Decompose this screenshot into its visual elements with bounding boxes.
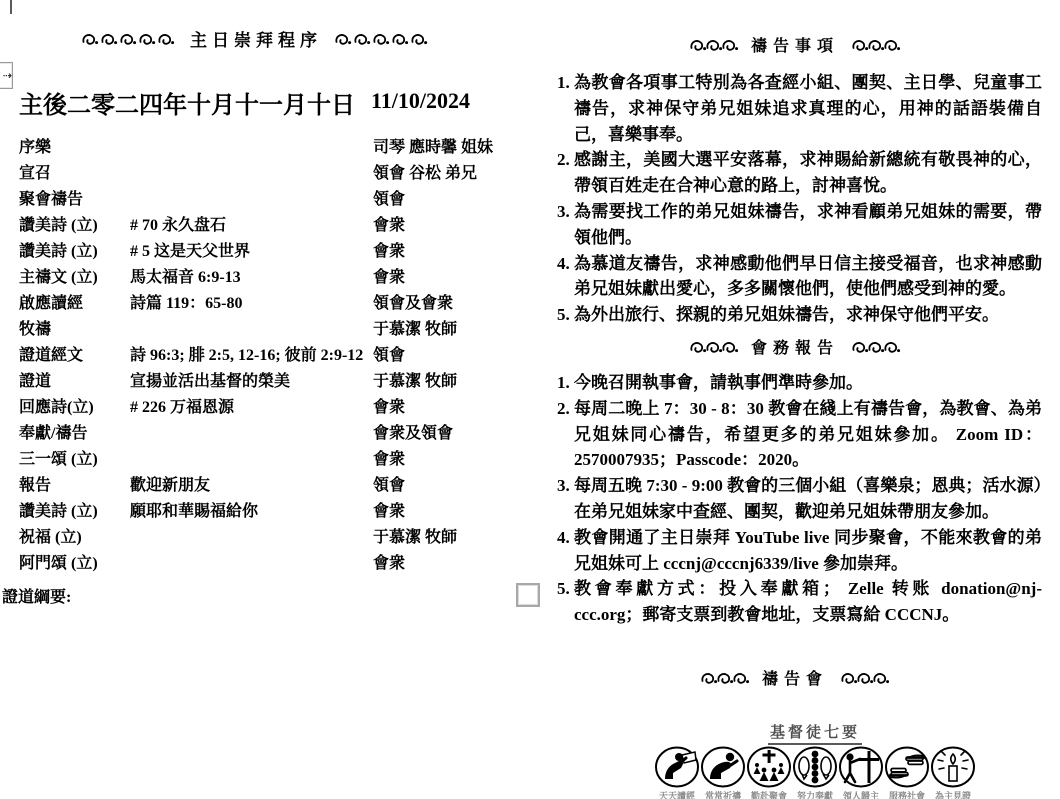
witness-icon [930, 746, 976, 788]
section-title: 禱告事項 [751, 33, 839, 56]
worship-item: 讚美詩 (立) [19, 502, 98, 522]
worship-who: 領會 [373, 190, 405, 210]
worship-row: 祝福 (立)于慕潔 牧師 [19, 528, 529, 550]
worship-item: 阿門頌 (立) [19, 554, 98, 574]
worship-who: 領會 [373, 346, 405, 366]
worship-item: 牧禱 [19, 320, 51, 340]
text-caret [10, 0, 12, 14]
worship-detail: 宣揚並活出基督的榮美 [130, 372, 290, 392]
move-handle-icon: ⇢ [0, 62, 13, 89]
announcement-item: 每周五晚 7:30 - 9:00 教會的三個小組（喜樂泉；恩典；活水源）在弟兄姐… [574, 473, 1042, 525]
worship-row: 序樂司琴 應時馨 姐妹 [19, 138, 529, 160]
worship-row: 讚美詩 (立)# 5 这是天父世界會衆 [19, 242, 529, 264]
empty-checkbox[interactable] [516, 583, 540, 607]
worship-row: 證道宣揚並活出基督的榮美于慕潔 牧師 [19, 372, 529, 394]
offering-icon [792, 746, 838, 788]
section-title: 禱告會 [762, 666, 828, 689]
worship-who: 會衆 [373, 398, 405, 418]
worship-detail: 詩 96:3; 腓 2:5, 12-16; 彼前 2:9-12 [130, 346, 363, 366]
prayer-meeting-heading: 禱告會 [548, 666, 1042, 689]
worship-item: 報告 [19, 476, 51, 496]
essential-item: 服務社會 [884, 746, 930, 799]
prayer-item: 感謝主，美國大選平安落幕，求神賜給新總統有敬畏神的心，帶領百姓走在合神心意的路上… [574, 147, 1042, 199]
worship-item: 讚美詩 (立) [19, 216, 98, 236]
seven-essentials-title: 基督徒七要 [768, 721, 862, 745]
worship-who: 司琴 應時馨 姐妹 [373, 138, 493, 158]
worship-detail: # 226 万福恩源 [130, 398, 234, 418]
seven-essentials-icons: 天天讀經 常常祈禱 [568, 746, 1060, 799]
worship-item: 啟應讀經 [19, 294, 83, 314]
serve-society-icon [884, 746, 930, 788]
worship-item: 聚會禱告 [19, 190, 83, 210]
worship-row: 報告歡迎新朋友領會 [19, 476, 529, 498]
worship-item: 三一頌 (立) [19, 450, 98, 470]
prayer-item: 為外出旅行、探親的弟兄姐妹禱告，求神保守他們平安。 [574, 302, 1042, 328]
prayer-item: 為需要找工作的弟兄姐妹禱告，求神看顧弟兄姐妹的需要，帶領他們。 [574, 199, 1042, 251]
lead-to-lord-icon [838, 746, 884, 788]
swirl-ornament [841, 671, 889, 685]
essential-label: 勤赴聚會 [751, 789, 787, 799]
worship-detail: 願耶和華賜福給你 [130, 502, 258, 522]
worship-who: 于慕潔 牧師 [373, 320, 457, 340]
prayer-item: 為教會各項事工特別為各查經小組、團契、主日學、兒童事工禱告，求神保守弟兄姐妹追求… [574, 70, 1042, 147]
bulletin-page: ⇢ 主日崇拜程序 主後二零二四年十月十一月十日 11/10/2024 序樂司琴 … [0, 0, 1060, 799]
essential-item: 天天讀經 [654, 746, 700, 799]
essential-item: 常常祈禱 [700, 746, 746, 799]
swirl-ornament [690, 340, 738, 354]
worship-title-row: 主日崇拜程序 [22, 26, 490, 51]
section-title: 會務報告 [751, 335, 839, 358]
date-numeric: 11/10/2024 [371, 88, 470, 114]
worship-detail: 馬太福音 6:9-13 [130, 268, 241, 288]
sermon-outline-label: 證道綱要: [2, 584, 71, 607]
worship-row: 讚美詩 (立)# 70 永久盘石會衆 [19, 216, 529, 238]
prayer-items-list: 為教會各項事工特別為各查經小組、團契、主日學、兒童事工禱告，求神保守弟兄姐妹追求… [548, 70, 1042, 328]
swirl-ornament [335, 32, 430, 46]
essential-item: 為主見證 [930, 746, 976, 799]
worship-row: 三一頌 (立)會衆 [19, 450, 529, 472]
essential-label: 為主見證 [935, 789, 971, 799]
worship-who: 會衆 [373, 554, 405, 574]
worship-who: 會衆 [373, 268, 405, 288]
essential-item: 勤赴聚會 [746, 746, 792, 799]
prayer-items-heading: 禱告事項 [548, 33, 1042, 56]
pray-icon [700, 746, 746, 788]
worship-who: 領會 谷松 弟兄 [373, 164, 477, 184]
worship-row: 回應詩(立)# 226 万福恩源會衆 [19, 398, 529, 420]
worship-item: 祝福 (立) [19, 528, 82, 548]
swirl-ornament [701, 671, 749, 685]
worship-who: 會衆 [373, 502, 405, 522]
worship-detail: 歡迎新朋友 [130, 476, 210, 496]
worship-item: 回應詩(立) [19, 398, 94, 418]
essential-label: 服務社會 [889, 789, 925, 799]
announcement-item: 教會奉獻方式：投入奉獻箱； Zelle 转账 donation@nj-ccc.o… [574, 576, 1042, 628]
prayer-item: 為慕道友禱告，求神感動他們早日信主接受福音，也求神感動弟兄姐妹獻出愛心，多多關懷… [574, 251, 1042, 303]
worship-who: 會衆及領會 [373, 424, 453, 444]
announcement-item: 教會開通了主日崇拜 YouTube live 同步聚會，不能來教會的弟兄姐妹可上… [574, 525, 1042, 577]
essential-label: 天天讀經 [659, 789, 695, 799]
worship-who: 于慕潔 牧師 [373, 528, 457, 548]
seven-essentials-block: 基督徒七要 天天讀經 常常祈禱 [568, 721, 1060, 799]
worship-item: 序樂 [19, 138, 51, 158]
worship-who: 會衆 [373, 216, 405, 236]
essential-item: 領人歸主 [838, 746, 884, 799]
worship-item: 奉獻/禱告 [19, 424, 87, 444]
swirl-ornament [852, 340, 900, 354]
worship-who: 于慕潔 牧師 [373, 372, 457, 392]
worship-item: 主禱文 (立) [19, 268, 98, 288]
swirl-ornament [82, 32, 177, 46]
worship-row: 聚會禱告領會 [19, 190, 529, 212]
worship-item: 證道 [19, 372, 51, 392]
worship-order-list: 序樂司琴 應時馨 姐妹 宣召領會 谷松 弟兄 聚會禱告領會 讚美詩 (立)# 7… [19, 138, 529, 578]
worship-row: 啟應讀經詩篇 119：65-80領會及會衆 [19, 294, 529, 316]
page-title: 主日崇拜程序 [190, 26, 322, 51]
essential-item: 努力奉獻 [792, 746, 838, 799]
worship-who: 會衆 [373, 450, 405, 470]
worship-item: 宣召 [19, 164, 51, 184]
worship-item: 讚美詩 (立) [19, 242, 98, 262]
essential-label: 領人歸主 [843, 789, 879, 799]
worship-row: 奉獻/禱告會衆及領會 [19, 424, 529, 446]
worship-row: 宣召領會 谷松 弟兄 [19, 164, 529, 186]
date-chinese: 主後二零二四年十月十一月十日 [19, 85, 355, 120]
swirl-ornament [852, 38, 900, 52]
announcement-item: 今晚召開執事會，請執事們準時參加。 [574, 370, 1042, 396]
worship-row: 阿門頌 (立)會衆 [19, 554, 529, 576]
worship-who: 領會及會衆 [373, 294, 453, 314]
worship-row: 證道經文詩 96:3; 腓 2:5, 12-16; 彼前 2:9-12領會 [19, 346, 529, 368]
worship-detail: # 5 这是天父世界 [130, 242, 250, 262]
essential-label: 努力奉獻 [797, 789, 833, 799]
announcements-list: 今晚召開執事會，請執事們準時參加。 每周二晚上 7：30 - 8：30 教會在綫… [548, 370, 1042, 628]
announcement-item: 每周二晚上 7：30 - 8：30 教會在綫上有禱告會，為教會、為弟兄姐妹同心禱… [574, 396, 1042, 473]
swirl-ornament [690, 38, 738, 52]
worship-detail: 詩篇 119：65-80 [130, 294, 242, 314]
worship-row: 主禱文 (立)馬太福音 6:9-13會衆 [19, 268, 529, 290]
worship-detail: # 70 永久盘石 [130, 216, 226, 236]
worship-who: 會衆 [373, 242, 405, 262]
attend-meeting-icon [746, 746, 792, 788]
announcements-heading: 會務報告 [548, 335, 1042, 358]
worship-who: 領會 [373, 476, 405, 496]
worship-row: 牧禱于慕潔 牧師 [19, 320, 529, 342]
read-bible-icon [654, 746, 700, 788]
essential-label: 常常祈禱 [705, 789, 741, 799]
worship-item: 證道經文 [19, 346, 83, 366]
worship-row: 讚美詩 (立)願耶和華賜福給你會衆 [19, 502, 529, 524]
